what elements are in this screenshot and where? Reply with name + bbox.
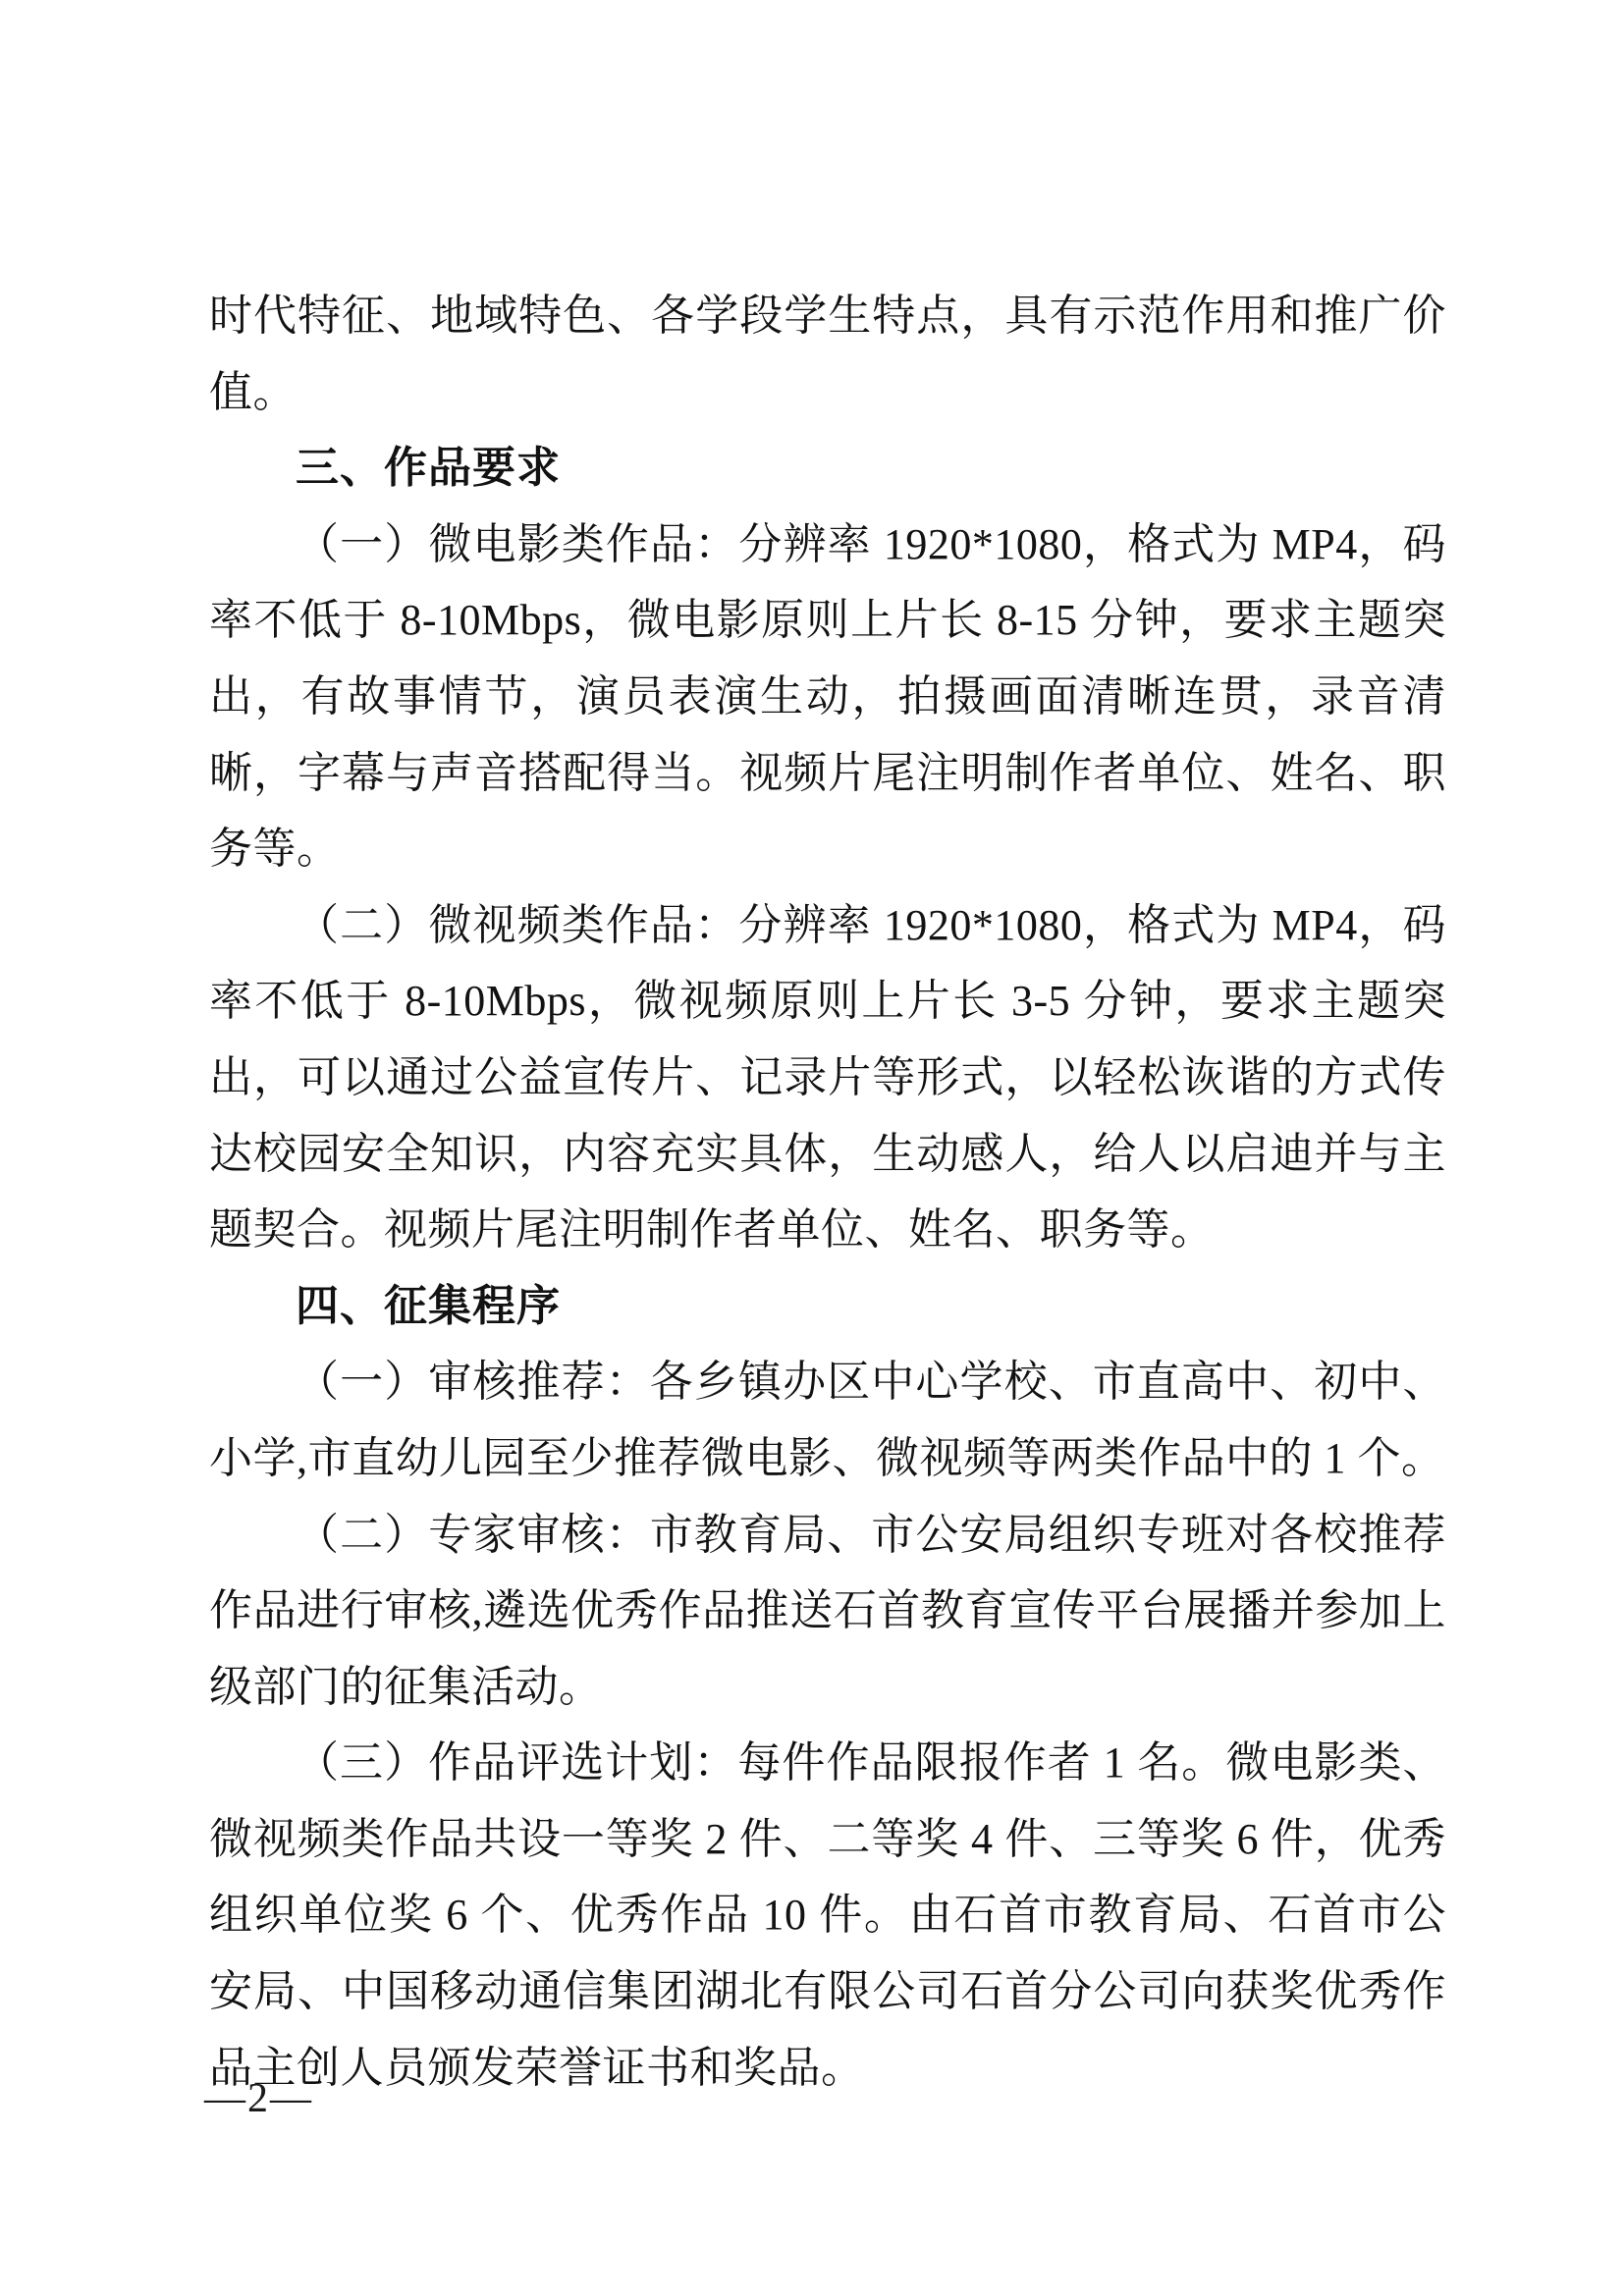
section-heading: 四、征集程序 (209, 1268, 1446, 1345)
body-paragraph: （一）微电影类作品：分辨率 1920*1080，格式为 MP4，码率不低于 8-… (209, 507, 1446, 887)
body-paragraph: （一）审核推荐：各乡镇办区中心学校、市直高中、初中、小学,市直幼儿园至少推荐微电… (209, 1344, 1446, 1496)
document-body: 时代特征、地域特色、各学段学生特点，具有示范作用和推广价值。三、作品要求（一）微… (209, 278, 1446, 2106)
body-paragraph: 时代特征、地域特色、各学段学生特点，具有示范作用和推广价值。 (209, 278, 1446, 430)
document-page: 时代特征、地域特色、各学段学生特点，具有示范作用和推广价值。三、作品要求（一）微… (0, 0, 1624, 2296)
body-paragraph: （三）作品评选计划：每件作品限报作者 1 名。微电影类、微视频类作品共设一等奖 … (209, 1725, 1446, 2106)
body-paragraph: （二）专家审核：市教育局、市公安局组织专班对各校推荐作品进行审核,遴选优秀作品推… (209, 1497, 1446, 1726)
body-paragraph: （二）微视频类作品：分辨率 1920*1080，格式为 MP4，码率不低于 8-… (209, 887, 1446, 1268)
page-number: —2— (204, 2077, 313, 2120)
section-heading: 三、作品要求 (209, 430, 1446, 507)
